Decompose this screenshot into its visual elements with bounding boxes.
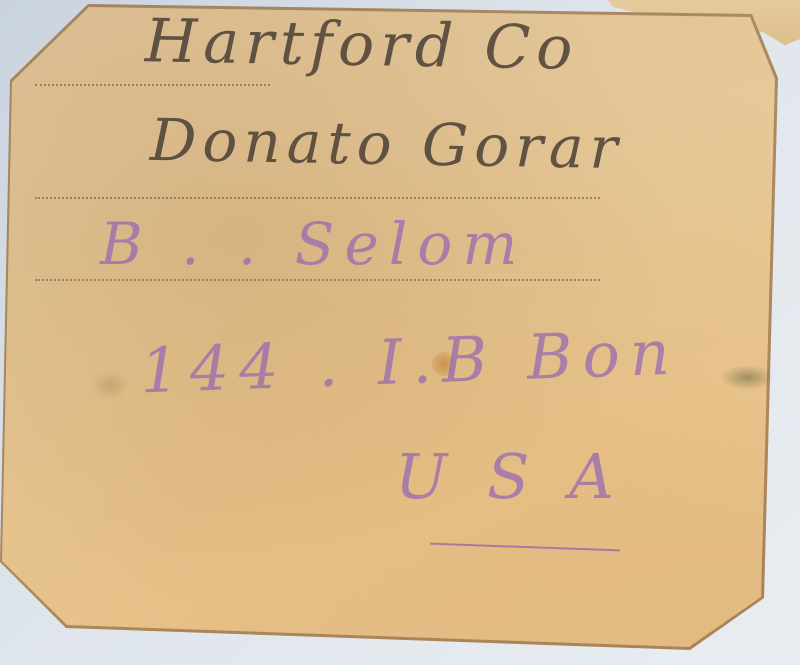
handwritten-line-2: Donato Gorar [149,106,623,182]
handwritten-purple-line-3: U S A [395,440,624,513]
dotted-rule [35,197,600,199]
dotted-rule [35,279,600,281]
handwritten-line-1: Hartford Co [144,6,579,84]
stain [720,365,775,390]
stain [90,370,130,400]
dotted-rule [35,84,270,86]
handwritten-purple-line-1: B . . Selom [100,210,527,278]
